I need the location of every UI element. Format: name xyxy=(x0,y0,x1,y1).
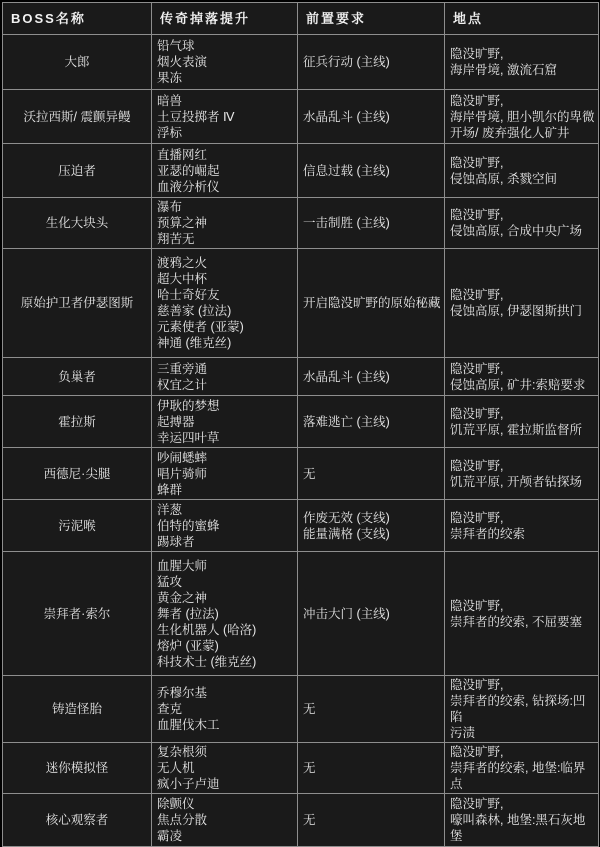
boss-prereq: 无 xyxy=(298,448,445,500)
table-row: 污泥喉 洋葱 伯特的蜜蜂 踢球者 作废无效 (支线) 能量满格 (支线) 隐没旷… xyxy=(3,500,599,552)
column-header-location: 地点 xyxy=(445,3,599,35)
table-row: 大郎 铅气球 烟火表演 果冻 征兵行动 (主线) 隐没旷野, 海岸骨境, 激流石… xyxy=(3,35,599,90)
table-row: 铸造怪胎 乔穆尔基 查克 血腥伐木工 无 隐没旷野, 崇拜者的绞索, 钻探场:凹… xyxy=(3,676,599,743)
table-row: 核心观察者 除颤仪 焦点分散 霸凌 无 隐没旷野, 嚎叫森林, 地堡:黑石灰地堡 xyxy=(3,794,599,829)
boss-prereq: 征兵行动 (主线) xyxy=(298,35,445,90)
boss-name: 负巢者 xyxy=(3,358,152,396)
table-row: 原始护卫者伊瑟图斯 渡鸦之火 超大中杯 哈士奇好友 慈善家 (拉法) 元素使者 … xyxy=(3,249,599,358)
table-row: 霍拉斯 伊耿的梦想 起搏器 幸运四叶草 落难逃亡 (主线) 隐没旷野, 饥荒平原… xyxy=(3,396,599,448)
boss-prereq: 无 xyxy=(298,794,445,829)
boss-prereq: 无 xyxy=(298,676,445,743)
table-row: 沃拉西斯/ 震颤异鳗 暗兽 土豆投掷者 Ⅳ 浮标 水晶乱斗 (主线) 隐没旷野,… xyxy=(3,90,599,144)
boss-prereq: 开启隐没旷野的原始秘藏 xyxy=(298,249,445,358)
table-row: 压迫者 直播网红 亚瑟的崛起 血液分析仪 信息过载 (主线) 隐没旷野, 侵蚀高… xyxy=(3,144,599,198)
boss-name: 沃拉西斯/ 震颤异鳗 xyxy=(3,90,152,144)
boss-drops: 暗兽 土豆投掷者 Ⅳ 浮标 xyxy=(152,90,298,144)
boss-name: 霍拉斯 xyxy=(3,396,152,448)
boss-location: 隐没旷野, 侵蚀高原, 伊瑟图斯拱门 xyxy=(445,249,599,358)
boss-name: 崇拜者·索尔 xyxy=(3,552,152,676)
boss-location: 隐没旷野, 崇拜者的绞索, 地堡:临界点 xyxy=(445,743,599,794)
boss-location: 隐没旷野, 侵蚀高原, 矿井:索赔要求 xyxy=(445,358,599,396)
boss-prereq: 一击制胜 (主线) xyxy=(298,198,445,249)
column-header-prerequisite: 前置要求 xyxy=(298,3,445,35)
table-row: 崇拜者·索尔 血腥大师 猛攻 黄金之神 舞者 (拉法) 生化机器人 (哈洛) 熔… xyxy=(3,552,599,676)
boss-drops: 血腥大师 猛攻 黄金之神 舞者 (拉法) 生化机器人 (哈洛) 熔炉 (亚蒙) … xyxy=(152,552,298,676)
boss-name: 大郎 xyxy=(3,35,152,90)
boss-name: 压迫者 xyxy=(3,144,152,198)
boss-name: 铸造怪胎 xyxy=(3,676,152,743)
boss-drops: 伊耿的梦想 起搏器 幸运四叶草 xyxy=(152,396,298,448)
boss-name: 西德尼·尖腿 xyxy=(3,448,152,500)
boss-location: 隐没旷野, 饥荒平原, 霍拉斯监督所 xyxy=(445,396,599,448)
boss-name: 迷你模拟怪 xyxy=(3,743,152,794)
boss-location: 隐没旷野, 崇拜者的绞索, 不屈要塞 xyxy=(445,552,599,676)
column-header-boss-name: BOSS名称 xyxy=(3,3,152,35)
boss-prereq: 水晶乱斗 (主线) xyxy=(298,358,445,396)
table-row: 西德尼·尖腿 吵闹蟋蟀 唱片骑师 蜂群 无 隐没旷野, 饥荒平原, 开颅者钻探场 xyxy=(3,448,599,500)
boss-name: 生化大块头 xyxy=(3,198,152,249)
boss-prereq: 落难逃亡 (主线) xyxy=(298,396,445,448)
boss-location: 隐没旷野, 海岸骨境, 胆小凯尔的卑微 开场/ 废弃强化人矿井 xyxy=(445,90,599,144)
header-row: BOSS名称 传奇掉落提升 前置要求 地点 xyxy=(3,3,599,35)
table-row: 生化大块头 瀑布 预算之神 翔苦无 一击制胜 (主线) 隐没旷野, 侵蚀高原, … xyxy=(3,198,599,249)
boss-name: 污泥喉 xyxy=(3,500,152,552)
boss-prereq: 冲击大门 (主线) xyxy=(298,552,445,676)
boss-location: 隐没旷野, 海岸骨境, 激流石窟 xyxy=(445,35,599,90)
boss-prereq: 作废无效 (支线) 能量满格 (支线) xyxy=(298,500,445,552)
boss-drops: 复杂根须 无人机 疯小子卢迪 xyxy=(152,743,298,794)
boss-location: 隐没旷野, 侵蚀高原, 合成中央广场 xyxy=(445,198,599,249)
boss-location: 隐没旷野, 饥荒平原, 开颅者钻探场 xyxy=(445,448,599,500)
boss-drops: 瀑布 预算之神 翔苦无 xyxy=(152,198,298,249)
boss-location: 隐没旷野, 崇拜者的绞索 xyxy=(445,500,599,552)
boss-prereq: 无 xyxy=(298,743,445,794)
boss-drops: 吵闹蟋蟀 唱片骑师 蜂群 xyxy=(152,448,298,500)
boss-drops: 直播网红 亚瑟的崛起 血液分析仪 xyxy=(152,144,298,198)
boss-drops: 铅气球 烟火表演 果冻 xyxy=(152,35,298,90)
boss-location: 隐没旷野, 嚎叫森林, 地堡:黑石灰地堡 xyxy=(445,794,599,829)
boss-location: 隐没旷野, 侵蚀高原, 杀戮空间 xyxy=(445,144,599,198)
column-header-legendary-drops: 传奇掉落提升 xyxy=(152,3,298,35)
boss-table: BOSS名称 传奇掉落提升 前置要求 地点 大郎 铅气球 烟火表演 果冻 征兵行… xyxy=(2,2,599,828)
boss-name: 原始护卫者伊瑟图斯 xyxy=(3,249,152,358)
boss-drops: 渡鸦之火 超大中杯 哈士奇好友 慈善家 (拉法) 元素使者 (亚蒙) 神通 (维… xyxy=(152,249,298,358)
boss-drops: 除颤仪 焦点分散 霸凌 xyxy=(152,794,298,829)
boss-location: 隐没旷野, 崇拜者的绞索, 钻探场:凹陷 污渍 xyxy=(445,676,599,743)
boss-name: 核心观察者 xyxy=(3,794,152,829)
boss-drops: 三重旁通 权宜之计 xyxy=(152,358,298,396)
boss-drops: 洋葱 伯特的蜜蜂 踢球者 xyxy=(152,500,298,552)
boss-prereq: 水晶乱斗 (主线) xyxy=(298,90,445,144)
boss-prereq: 信息过载 (主线) xyxy=(298,144,445,198)
table-row: 负巢者 三重旁通 权宜之计 水晶乱斗 (主线) 隐没旷野, 侵蚀高原, 矿井:索… xyxy=(3,358,599,396)
table-row: 迷你模拟怪 复杂根须 无人机 疯小子卢迪 无 隐没旷野, 崇拜者的绞索, 地堡:… xyxy=(3,743,599,794)
boss-drops: 乔穆尔基 查克 血腥伐木工 xyxy=(152,676,298,743)
